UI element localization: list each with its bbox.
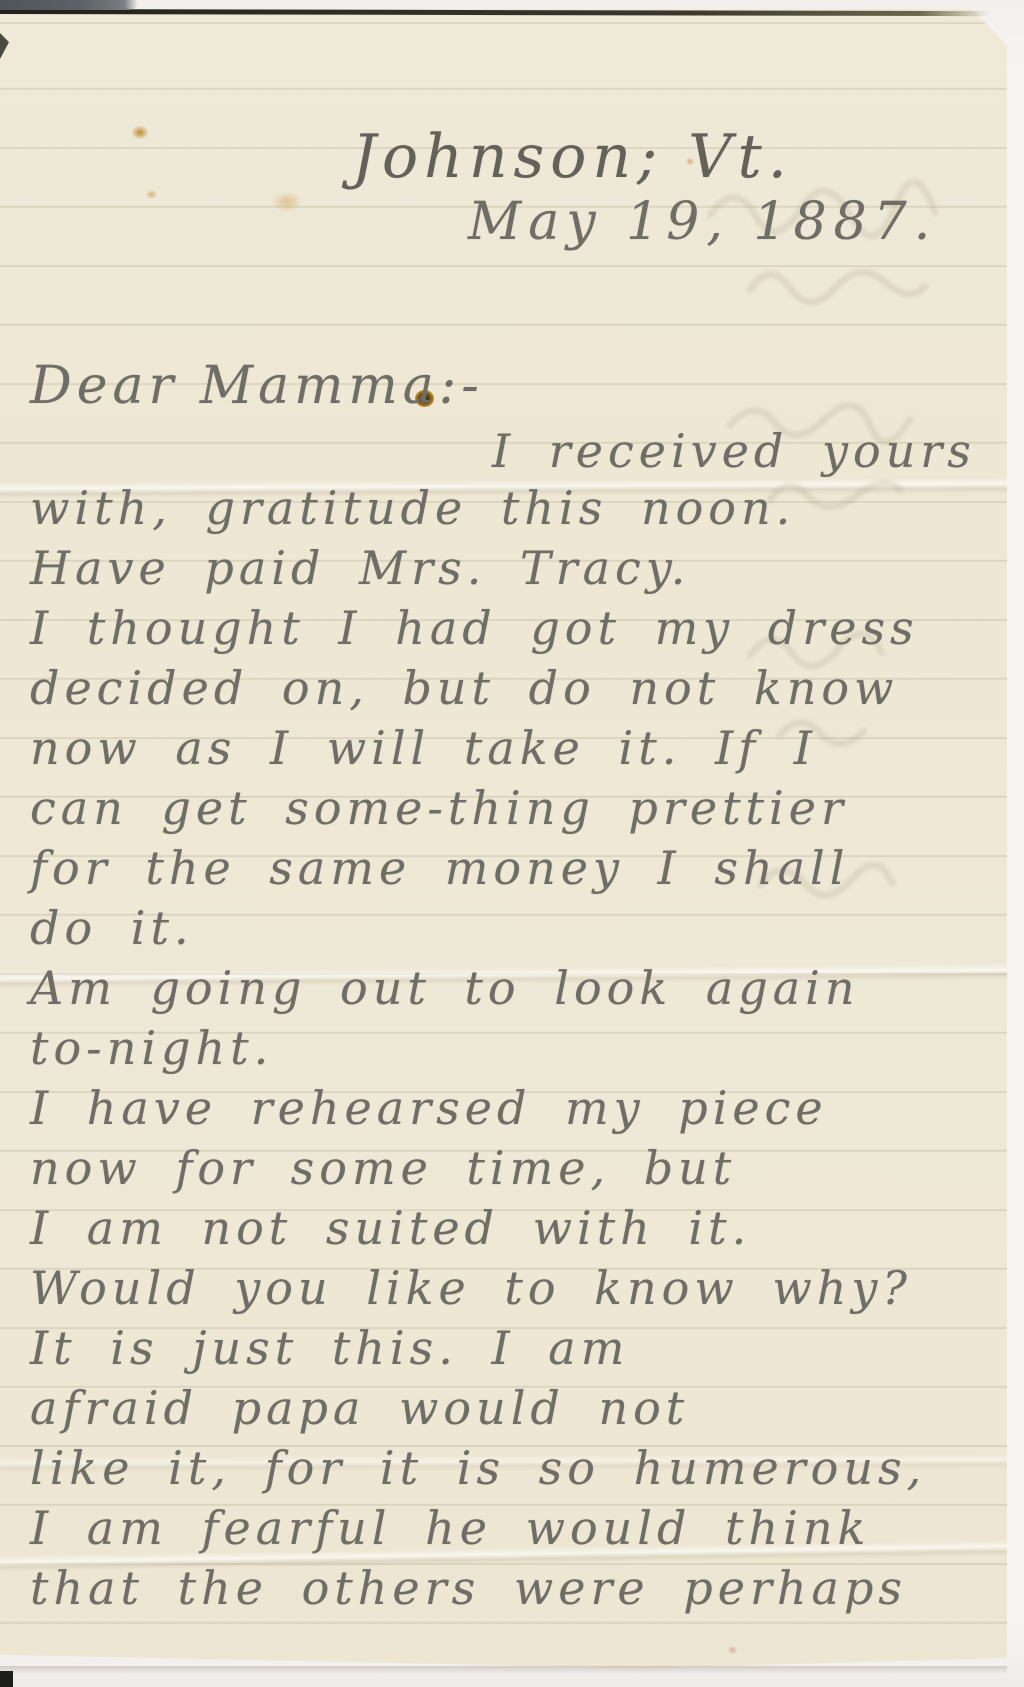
- letter-line: I received yours: [492, 424, 976, 478]
- letter-line: It is just this. I am: [30, 1318, 926, 1378]
- letter-line: decided on, but do not know: [30, 658, 926, 718]
- heading-place: Johnson; Vt.: [352, 122, 793, 192]
- letter-line: Would you like to know why?: [30, 1258, 926, 1318]
- salutation: Dear Mamma:-: [30, 356, 484, 416]
- letter-line: now for some time, but: [30, 1138, 926, 1198]
- letter-body: with, gratitude this noon. Have paid Mrs…: [30, 478, 926, 1618]
- letter-line: afraid papa would not: [30, 1378, 926, 1438]
- letter-line: that the others were perhaps: [30, 1558, 926, 1618]
- letter-line: do it.: [30, 898, 926, 958]
- letter-line: I thought I had got my dress: [30, 598, 926, 658]
- scan-corner-artifact: [0, 1671, 13, 1687]
- letter-line: I am fearful he would think: [30, 1498, 926, 1558]
- letter-line: for the same money I shall: [30, 838, 926, 898]
- heading-date: May 19, 1887.: [468, 192, 937, 252]
- clip-artifact: [0, 0, 138, 10]
- letter-line: now as I will take it. If I: [30, 718, 926, 778]
- letter-line: I have rehearsed my piece: [30, 1078, 926, 1138]
- letter-line: like it, for it is so humerous,: [30, 1438, 926, 1498]
- letter-line: with, gratitude this noon.: [30, 478, 926, 538]
- letter-line: can get some-thing prettier: [30, 778, 926, 838]
- letter-line: Have paid Mrs. Tracy.: [30, 538, 926, 598]
- letter-line: I am not suited with it.: [30, 1198, 926, 1258]
- letter-line: to-night.: [30, 1018, 926, 1078]
- paper-bottom-shadow: [0, 1666, 1007, 1674]
- letter-line: Am going out to look again: [30, 958, 926, 1018]
